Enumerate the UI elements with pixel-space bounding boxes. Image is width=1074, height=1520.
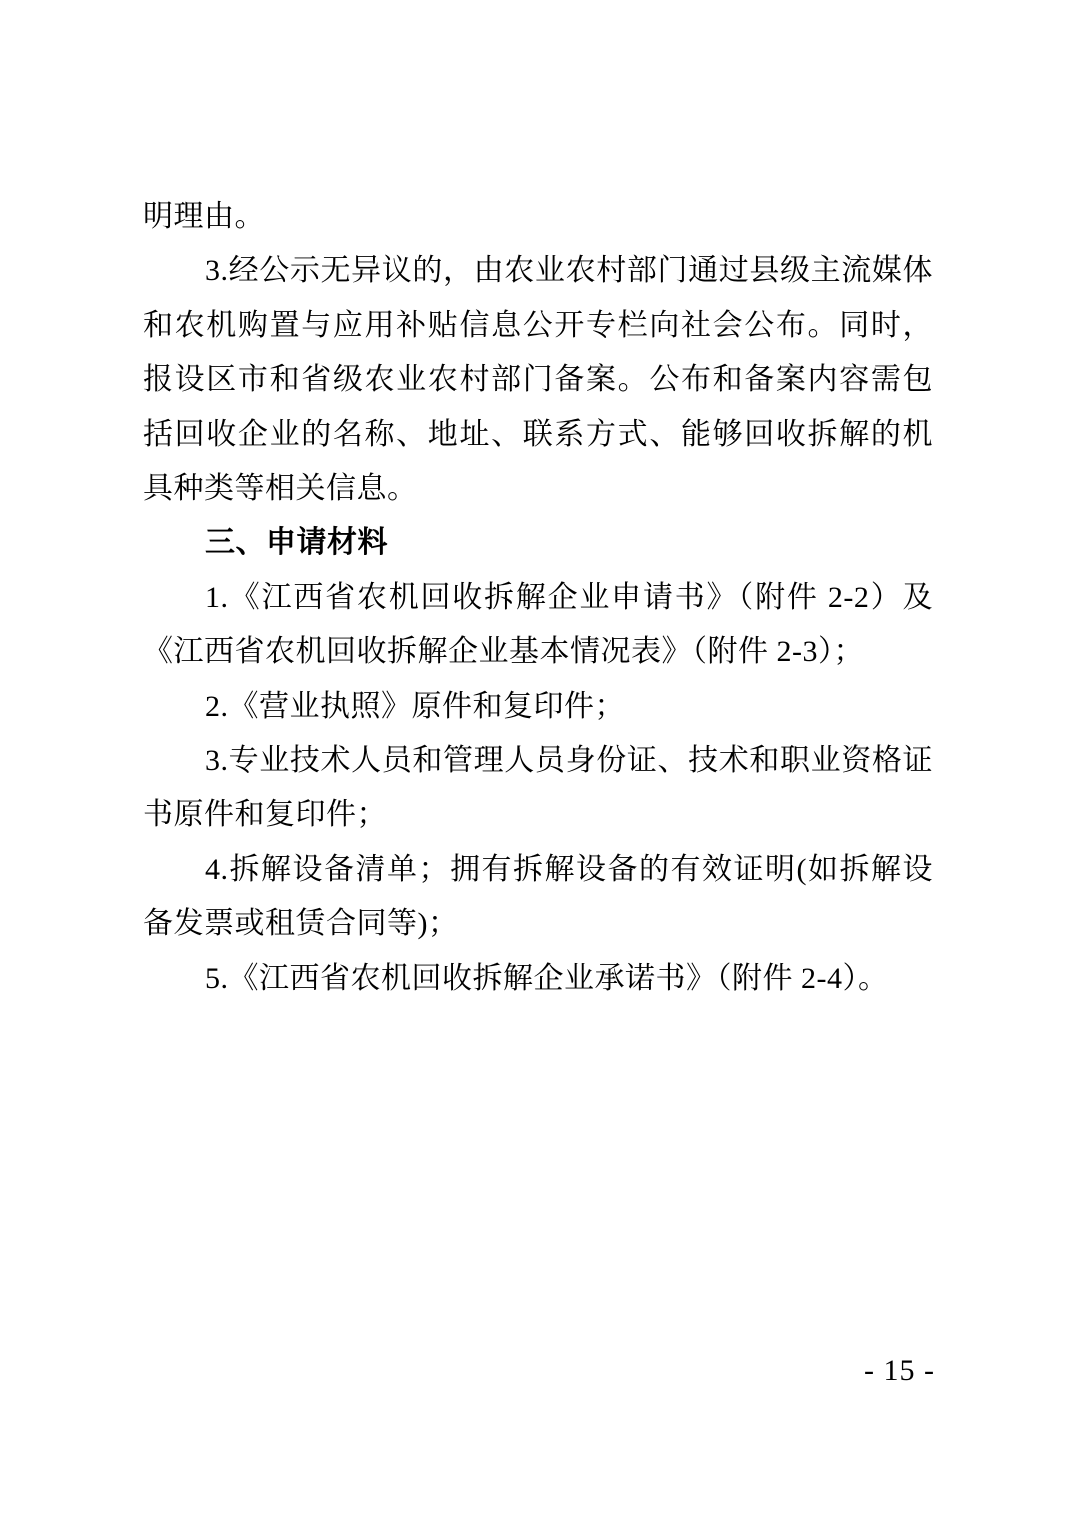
list-item-3-personnel-certificates: 3.专业技术人员和管理人员身份证、技术和职业资格证书原件和复印件； [143, 734, 933, 843]
page-number: - 15 - [864, 1356, 935, 1386]
paragraph-continuation: 明理由。 [143, 190, 933, 244]
document-page: 明理由。 3.经公示无异议的，由农业农村部门通过县级主流媒体和农机购置与应用补贴… [0, 0, 1074, 1520]
list-item-1-application-form: 1.《江西省农机回收拆解企业申请书》（附件 2-2）及《江西省农机回收拆解企业基… [143, 571, 933, 680]
list-item-2-business-license: 2.《营业执照》原件和复印件； [143, 680, 933, 734]
paragraph-publication-rule: 3.经公示无异议的，由农业农村部门通过县级主流媒体和农机购置与应用补贴信息公开专… [143, 244, 933, 516]
section-heading-application-materials: 三、申请材料 [143, 516, 933, 570]
list-item-4-equipment-list: 4.拆解设备清单；拥有拆解设备的有效证明(如拆解设备发票或租赁合同等)； [143, 843, 933, 952]
document-body: 明理由。 3.经公示无异议的，由农业农村部门通过县级主流媒体和农机购置与应用补贴… [143, 190, 933, 1006]
list-item-5-commitment-letter: 5.《江西省农机回收拆解企业承诺书》（附件 2-4）。 [143, 952, 933, 1006]
